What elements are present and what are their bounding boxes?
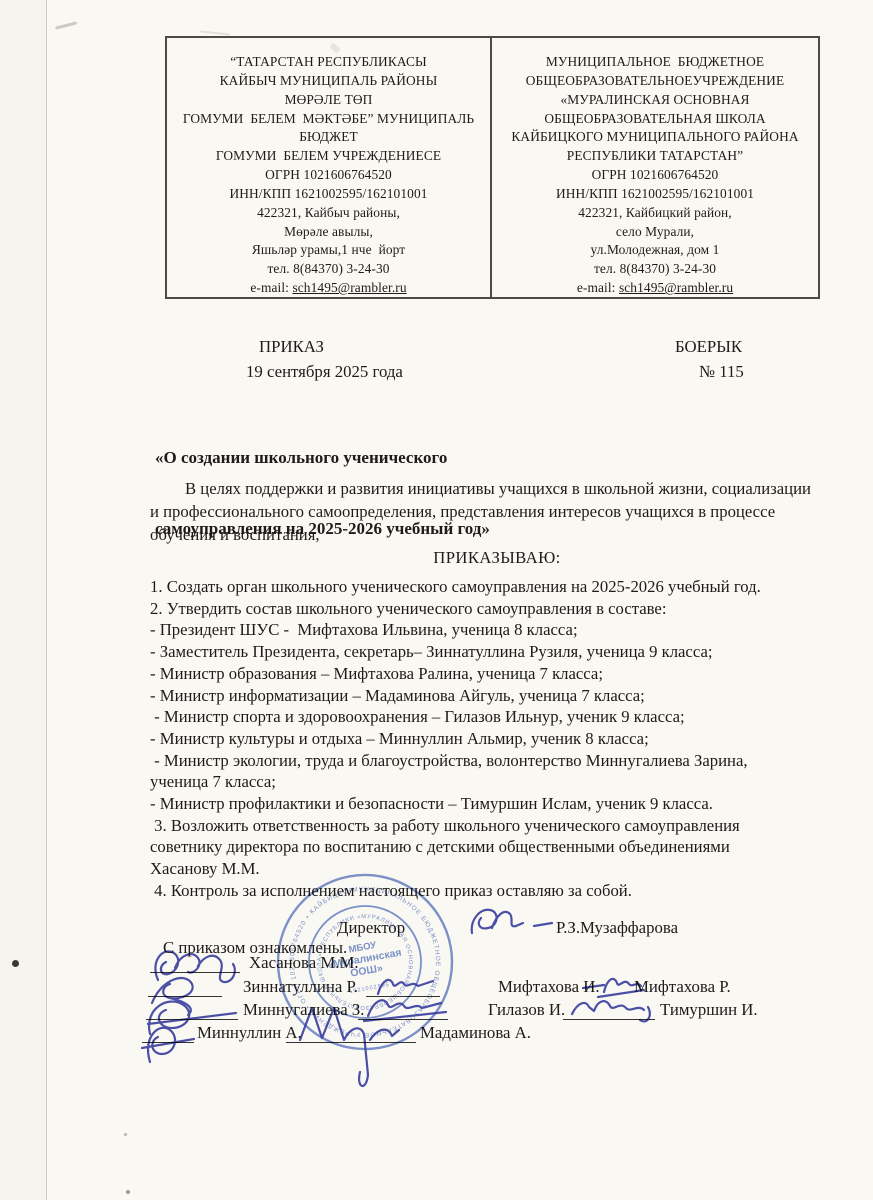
director-name: Р.З.Музаффарова bbox=[556, 918, 678, 938]
signee-name: Мифтахова Р. bbox=[634, 977, 731, 997]
letterhead-line: КАЙБЫЧ МУНИЦИПАЛЬ РАЙОНЫ bbox=[173, 72, 484, 91]
letterhead-line: КАЙБИЦКОГО МУНИЦИПАЛЬНОГО РАЙОНА bbox=[498, 128, 812, 147]
signee-name: Тимуршин И. bbox=[660, 1000, 758, 1020]
order-line: - Министр информатизации – Мадаминова Ай… bbox=[150, 685, 856, 707]
signee-name: Гилазов И. bbox=[488, 1000, 565, 1020]
letterhead-email-line: e-mail: sch1495@rambler.ru bbox=[173, 279, 484, 298]
signature-line bbox=[146, 1018, 238, 1020]
email-address: sch1495@rambler.ru bbox=[619, 280, 733, 295]
scan-speck bbox=[12, 960, 19, 967]
letterhead-email-line: e-mail: sch1495@rambler.ru bbox=[498, 279, 812, 298]
order-line: - Министр спорта и здоровоохранения – Ги… bbox=[150, 706, 856, 728]
letterhead-line: Мөрәле авылы, bbox=[173, 223, 484, 242]
order-line: - Заместитель Президента, секретарь– Зин… bbox=[150, 641, 856, 663]
intro-line: обучения и воспитания, bbox=[150, 523, 844, 546]
order-line: - Министр культуры и отдыха – Миннуллин … bbox=[150, 728, 856, 750]
order-line: 2. Утвердить состав школьного ученическо… bbox=[150, 598, 856, 620]
signee-name: Миннуллин А. bbox=[197, 1023, 302, 1043]
intro-paragraph: В целях поддержки и развития инициативы … bbox=[150, 477, 844, 569]
order-date: 19 сентября 2025 года bbox=[246, 362, 403, 382]
letterhead-line: ГОМУМИ БЕЛЕМ МӘКТӘБЕ” МУНИЦИПАЛЬ bbox=[173, 110, 484, 129]
letterhead-table: “ТАТАРСТАН РЕСПУБЛИКАСЫ КАЙБЫЧ МУНИЦИПАЛ… bbox=[165, 36, 820, 299]
email-label: e-mail: bbox=[250, 280, 292, 295]
signature-ink bbox=[472, 910, 523, 933]
scan-speck bbox=[124, 1133, 127, 1136]
order-number: № 115 bbox=[699, 362, 744, 382]
subject-line-1: «О создании школьного ученического bbox=[155, 446, 490, 470]
letterhead-line: Яшьләр урамы,1 нче йорт bbox=[173, 241, 484, 260]
signature-ink bbox=[534, 923, 552, 926]
scan-edge-line bbox=[46, 0, 47, 1200]
signature-line bbox=[150, 971, 240, 973]
signee-name: Хасанова М.М. bbox=[249, 953, 359, 973]
signee-name: Мадаминова А. bbox=[420, 1023, 531, 1043]
email-label: e-mail: bbox=[577, 280, 619, 295]
signature-line bbox=[142, 1041, 194, 1043]
order-line: ученица 7 класса; bbox=[150, 771, 856, 793]
letterhead-line: ОГРН 1021606764520 bbox=[498, 166, 812, 185]
scan-edge-strip bbox=[0, 0, 46, 1200]
letterhead-line: РЕСПУБЛИКИ ТАТАРСТАН” bbox=[498, 147, 812, 166]
order-type-ru: ПРИКАЗ bbox=[259, 337, 324, 357]
letterhead-line: ИНН/КПП 1621002595/162101001 bbox=[173, 185, 484, 204]
signee-name: Зиннатуллина Р. bbox=[243, 977, 358, 997]
letterhead-line: село Мурали, bbox=[498, 223, 812, 242]
scanned-order-document: “ТАТАРСТАН РЕСПУБЛИКАСЫ КАЙБЫЧ МУНИЦИПАЛ… bbox=[0, 0, 873, 1200]
letterhead-line: ОБЩЕОБРАЗОВАТЕЛЬНАЯ ШКОЛА bbox=[498, 110, 812, 129]
order-type-tt: БОЕРЫК bbox=[675, 337, 742, 357]
signature-line bbox=[148, 995, 222, 997]
letterhead-line: МӨРӘЛЕ ТӨП bbox=[173, 91, 484, 110]
signature-line bbox=[366, 995, 440, 997]
signature-ink bbox=[378, 980, 433, 994]
scan-scuff bbox=[200, 30, 230, 35]
order-items: 1. Создать орган школьного ученического … bbox=[150, 576, 856, 902]
letterhead-line: БЮДЖЕТ bbox=[173, 128, 484, 147]
signature-ink bbox=[142, 1028, 194, 1062]
email-address: sch1495@rambler.ru bbox=[292, 280, 406, 295]
letterhead-line: МУНИЦИПАЛЬНОЕ БЮДЖЕТНОЕ bbox=[498, 53, 812, 72]
order-line: - Министр образования – Мифтахова Ралина… bbox=[150, 663, 856, 685]
letterhead-right-cell: МУНИЦИПАЛЬНОЕ БЮДЖЕТНОЕ ОБЩЕОБРАЗОВАТЕЛЬ… bbox=[490, 38, 818, 297]
letterhead-line: ул.Молодежная, дом 1 bbox=[498, 241, 812, 260]
letterhead-line: 422321, Кайбицкий район, bbox=[498, 204, 812, 223]
scan-speck bbox=[126, 1190, 130, 1194]
order-line: - Президент ШУС - Мифтахова Ильвина, уче… bbox=[150, 619, 856, 641]
scan-scuff bbox=[55, 21, 77, 29]
order-line: 3. Возложить ответственность за работу ш… bbox=[150, 815, 856, 837]
order-line: 1. Создать орган школьного ученического … bbox=[150, 576, 856, 598]
order-line: 4. Контроль за исполнением настоящего пр… bbox=[150, 880, 856, 902]
signature-line bbox=[286, 1041, 416, 1043]
order-line: - Министр экологии, труда и благоустройс… bbox=[150, 750, 856, 772]
letterhead-line: ИНН/КПП 1621002595/162101001 bbox=[498, 185, 812, 204]
letterhead-left-cell: “ТАТАРСТАН РЕСПУБЛИКАСЫ КАЙБЫЧ МУНИЦИПАЛ… bbox=[167, 38, 490, 297]
letterhead-line: тел. 8(84370) 3-24-30 bbox=[173, 260, 484, 279]
letterhead-line: тел. 8(84370) 3-24-30 bbox=[498, 260, 812, 279]
intro-line: В целях поддержки и развития инициативы … bbox=[150, 477, 844, 500]
signee-name: Мифтахова И. bbox=[498, 977, 600, 997]
director-label: Директор bbox=[337, 918, 405, 938]
letterhead-line: ОГРН 1021606764520 bbox=[173, 166, 484, 185]
resolution-heading: ПРИКАЗЫВАЮ: bbox=[150, 546, 844, 569]
signee-name: Миннугалиева З. bbox=[243, 1000, 364, 1020]
order-line: советнику директора по воспитанию с детс… bbox=[150, 836, 856, 858]
letterhead-line: ОБЩЕОБРАЗОВАТЕЛЬНОЕУЧРЕЖДЕНИЕ bbox=[498, 72, 812, 91]
signature-line bbox=[563, 1018, 655, 1020]
signature-line bbox=[358, 1018, 448, 1020]
letterhead-line: «МУРАЛИНСКАЯ ОСНОВНАЯ bbox=[498, 91, 812, 110]
order-line: - Министр профилактики и безопасности – … bbox=[150, 793, 856, 815]
letterhead-line: “ТАТАРСТАН РЕСПУБЛИКАСЫ bbox=[173, 53, 484, 72]
letterhead-line: ГОМУМИ БЕЛЕМ УЧРЕЖДЕНИЕСЕ bbox=[173, 147, 484, 166]
intro-line: и профессионального самоопределения, пре… bbox=[150, 500, 844, 523]
order-line: Хасанову М.М. bbox=[150, 858, 856, 880]
letterhead-line: 422321, Кайбыч районы, bbox=[173, 204, 484, 223]
